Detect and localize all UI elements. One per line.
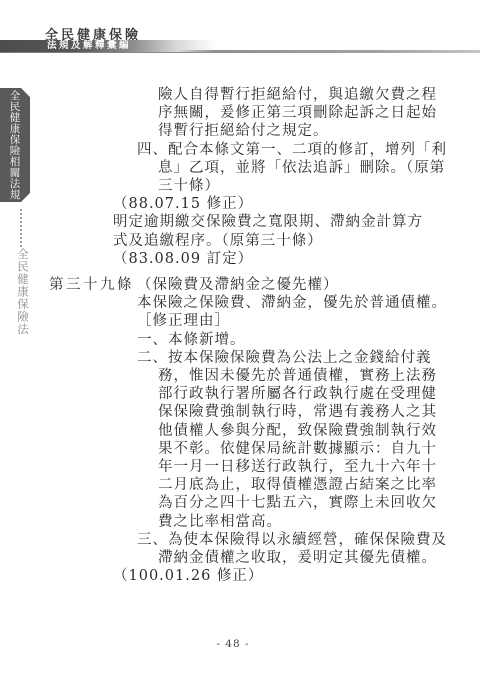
sidebar-dotted-divider	[20, 209, 22, 247]
text-line: 一、本條新增。	[137, 331, 246, 349]
text-line: 務，惟因未優先於普通債權，實務上法務	[158, 367, 437, 385]
text-line: 二、按本保險保險費為公法上之金錢給付義	[137, 349, 432, 367]
sidebar-law-label: 全民健康保險法	[15, 248, 31, 336]
text-line: ［修正理由］	[137, 312, 230, 330]
text-line: 保保險費強制執行時，常遇有義務人之其	[158, 403, 437, 421]
sidebar-tab-label: 全民健康保險相關法規	[0, 88, 30, 202]
article-number: 第三十九條	[49, 276, 137, 294]
text-line: 果不彰。依健保局統計數據顯示：自九十	[158, 440, 437, 458]
text-line: 年一月一日移送行政執行，至九十六年十	[158, 458, 437, 476]
header-band: 法規及解釋彙編	[0, 40, 216, 52]
text-line: 部行政執行署所屬各行政執行處在受理健	[158, 385, 437, 403]
text-line: （88.07.15 修正）	[113, 195, 253, 213]
text-line: 明定逾期繳交保險費之寬限期、滯納金計算方	[113, 213, 423, 231]
text-line: 序無關，爰修正第三項刪除起訴之日起始	[158, 104, 437, 122]
text-line: 三十條）	[158, 177, 220, 195]
document-page: 全民健康保險 法規及解釋彙編 全民健康保險相關法規 全民健康保險法 險人自得暫行…	[0, 0, 480, 681]
article-title: （保險費及滯納金之優先權）	[137, 277, 339, 293]
text-line: 二月底為止，取得債權憑證占結案之比率	[158, 476, 437, 494]
text-line: 三、為使本保險得以永續經營，確保保險費及	[137, 531, 447, 549]
page-number: - 48 -	[0, 638, 466, 650]
band-label: 法規及解釋彙編	[47, 40, 131, 52]
text-line: 費之比率相當高。	[158, 513, 282, 531]
text-line: 為百分之四十七點五六，實際上未回收欠	[158, 494, 437, 512]
text-line: 得暫行拒絕給付之規定。	[158, 122, 329, 140]
article-heading: 第三十九條（保險費及滯納金之優先權）	[49, 276, 339, 294]
text-line: 險人自得暫行拒絕給付，與追繳欠費之程	[158, 86, 437, 104]
text-line: （100.01.26 修正）	[113, 567, 263, 585]
text-line: 式及追繳程序。（原第三十條）	[113, 232, 323, 250]
text-line: （83.08.09 訂定）	[113, 250, 253, 268]
text-line: 他債權人參與分配，致保險費強制執行效	[158, 422, 437, 440]
text-line: 本保險之保險費、滯納金，優先於普通債權。	[137, 294, 447, 312]
sidebar-tab: 全民健康保險相關法規	[0, 88, 30, 202]
text-line: 四、配合本條文第一、二項的修訂，增列「利	[137, 141, 447, 159]
text-line: 滯納金債權之收取，爰明定其優先債權。	[158, 549, 437, 567]
text-line: 息」乙項，並將「依法追訴」刪除。（原第	[158, 159, 445, 177]
